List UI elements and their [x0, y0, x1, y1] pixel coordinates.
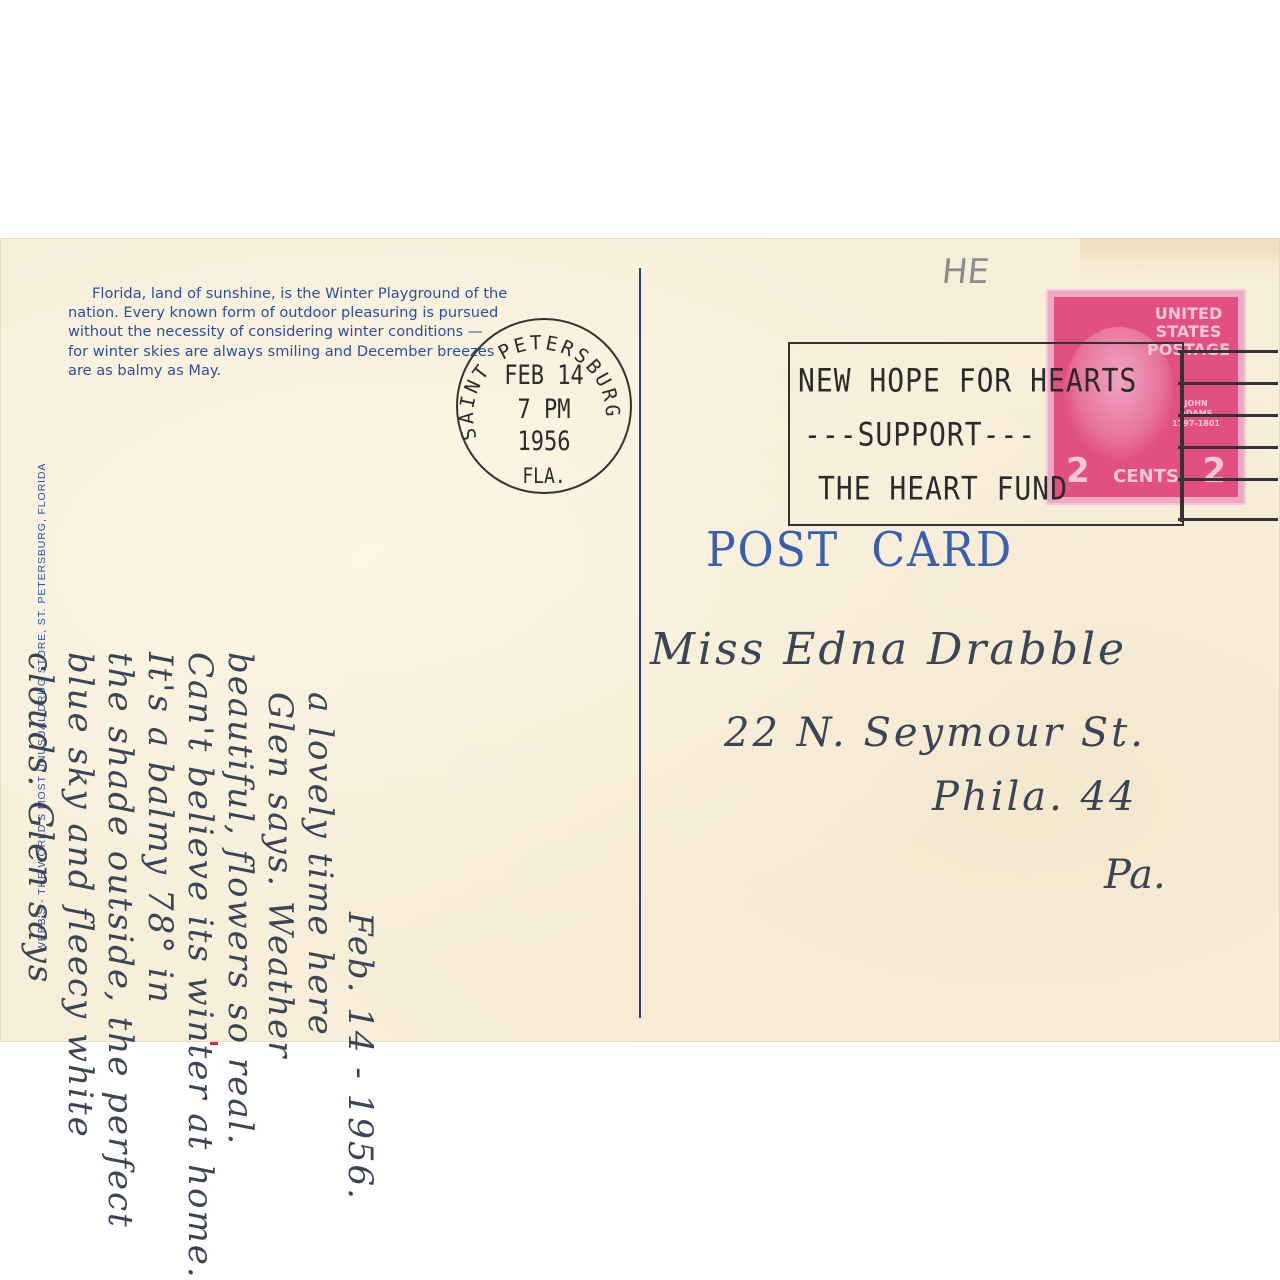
- cancel-bars: [1178, 346, 1278, 526]
- post-card-title: POST CARD: [706, 522, 1013, 578]
- cancel-bar: [1178, 350, 1278, 353]
- message-line: Feb. 14 - 1956.: [340, 652, 380, 1280]
- message-line: It's a balmy 78° in: [140, 652, 180, 1280]
- message-line: clouds. Glen says: [20, 652, 60, 1280]
- address-line: Miss Edna Drabble: [650, 624, 1127, 675]
- cancel-bar: [1178, 446, 1278, 449]
- pencil-note: HE: [940, 252, 991, 292]
- cancel-bar: [1178, 518, 1278, 521]
- ink-mark: [210, 1042, 218, 1045]
- message-line: Can't believe its winter at home.: [180, 652, 220, 1280]
- message-line: beautiful, flowers so real.: [220, 652, 260, 1280]
- slogan-line: NEW HOPE FOR HEARTS: [798, 362, 1190, 400]
- message-line: the shade outside, the perfect: [100, 652, 140, 1280]
- address-line: Pa.: [1104, 852, 1166, 898]
- stamp-country-line: STATES: [1147, 323, 1230, 341]
- slogan-line: ---SUPPORT---: [804, 416, 1196, 454]
- slogan-cancel-box: NEW HOPE FOR HEARTS ---SUPPORT--- THE HE…: [788, 342, 1184, 526]
- message-line: Glen says. Weather: [260, 652, 300, 1280]
- address-line: Phila. 44: [932, 774, 1137, 820]
- postmark-date: FEB 14: [458, 364, 630, 390]
- postcard-back: Florida, land of sunshine, is the Winter…: [0, 238, 1280, 1042]
- postmark-state: FLA.: [458, 464, 630, 490]
- slogan-line: THE HEART FUND: [818, 470, 1210, 508]
- corner-wear: [1080, 238, 1280, 278]
- postmark-year: 1956: [458, 430, 630, 456]
- postmark-time: 7 PM: [458, 398, 630, 424]
- caption-line: Florida, land of sunshine, is the Winter…: [68, 284, 634, 303]
- cancel-bar: [1178, 478, 1278, 481]
- stamp-country-line: UNITED: [1147, 305, 1230, 323]
- message-line: blue sky and fleecy white: [60, 652, 100, 1280]
- center-divider: [639, 268, 641, 1018]
- circular-date-postmark: SAINT PETERSBURG FEB 14 7 PM 1956 FLA.: [456, 318, 632, 494]
- message-line: a lovely time here: [300, 652, 340, 1280]
- handwritten-message: Feb. 14 - 1956. a lovely time here Glen …: [20, 652, 380, 1280]
- address-line: 22 N. Seymour St.: [724, 710, 1146, 756]
- cancel-bar: [1178, 382, 1278, 385]
- cancel-bar-vertical: [1180, 350, 1183, 522]
- cancel-bar: [1178, 414, 1278, 417]
